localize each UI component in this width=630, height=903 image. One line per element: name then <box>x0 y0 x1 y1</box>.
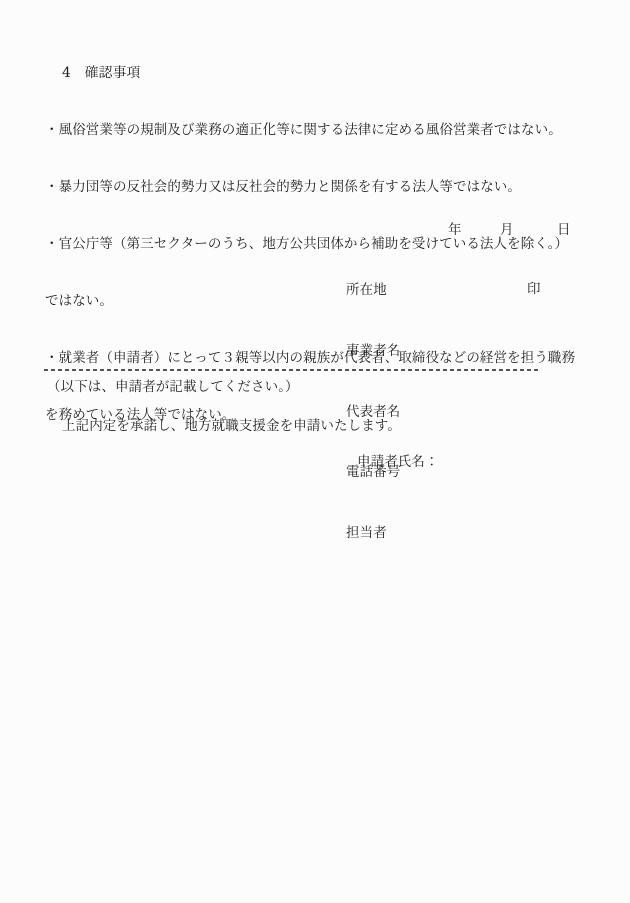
confirmation-line: ・風俗営業等の規制及び業務の適正化等に関する法律に定める風俗営業者ではない。 <box>45 121 585 140</box>
date-line: 年 月 日 <box>0 221 630 240</box>
section-heading: 4 確認事項 <box>62 64 140 83</box>
year-label: 年 <box>448 221 462 240</box>
dashed-divider <box>44 369 540 371</box>
seal-mark: 印 <box>527 280 541 299</box>
field-label-contact-person: 担当者 <box>346 523 586 543</box>
confirmation-line: ・暴力団等の反社会的勢力又は反社会的勢力と関係を有する法人等ではない。 <box>45 178 585 197</box>
document-page: 4 確認事項 ・風俗営業等の規制及び業務の適正化等に関する法律に定める風俗営業者… <box>0 0 630 903</box>
field-label-address: 所在地 <box>346 280 586 300</box>
month-label: 月 <box>500 221 514 240</box>
applicant-instruction: （以下は、申請者が記載してください。） <box>47 378 299 397</box>
acceptance-statement: 上記内定を承諾し、地方就職支援金を申請いたします。 <box>62 417 401 436</box>
day-label: 日 <box>557 221 571 240</box>
employer-fields: 所在地 事業者名 代表者名 電話番号 担当者 <box>346 240 586 583</box>
field-label-business-name: 事業者名 <box>346 341 586 361</box>
applicant-name-label: 申請者氏名： <box>357 453 439 472</box>
